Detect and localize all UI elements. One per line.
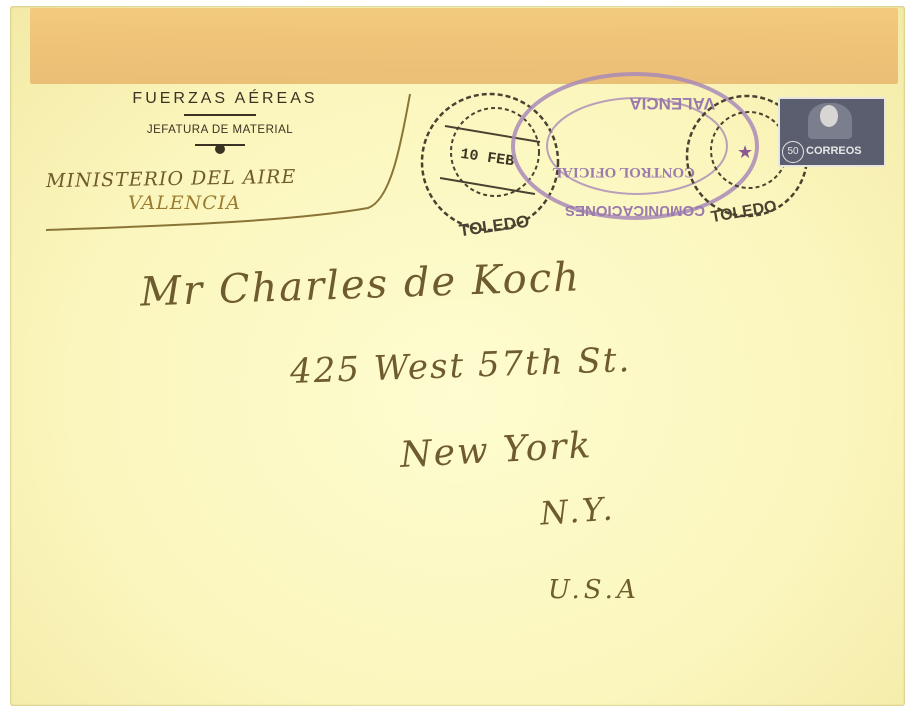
printed-letterhead: FUERZAS AÉREAS JEFATURA DE MATERIAL (60, 90, 380, 154)
stamp-label: CORREOS (806, 145, 862, 157)
sender-line-1: MINISTERIO DEL AIRE (46, 166, 297, 192)
letterhead-title: FUERZAS AÉREAS (70, 90, 380, 108)
sender-line-2: VALENCIA (128, 192, 241, 214)
stamp-face (820, 105, 838, 127)
letterhead-subtitle: JEFATURA DE MATERIAL (60, 124, 380, 136)
letterhead-rule (184, 114, 256, 116)
svg-text:★: ★ (737, 142, 753, 162)
address-state: N.Y. (539, 489, 617, 532)
censor-middle-text: CONTROL OFICIAL (552, 164, 695, 180)
postage-stamp: 50 CORREOS (778, 97, 886, 167)
address-country: U.S.A (548, 575, 640, 605)
postmark-right-town: TOLEDO (710, 198, 778, 226)
letterhead-dot (215, 144, 225, 154)
stamp-value: 50 (782, 141, 804, 163)
